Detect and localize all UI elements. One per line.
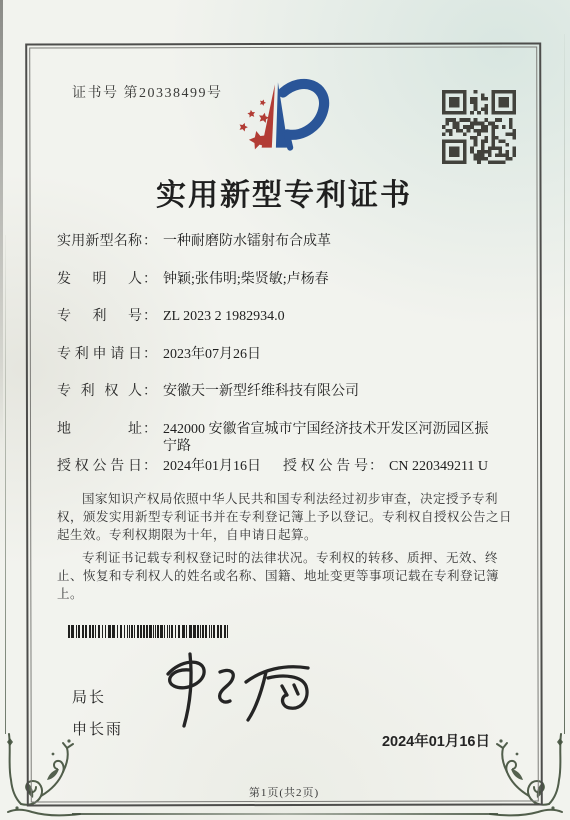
field-value: 242000 安徽省宣城市宁国经济技术开发区河沥园区振宁路 (163, 421, 499, 456)
fields-section: 实用新型名称：一种耐磨防水镭射布合成革 发明人：钟颖;张伟明;柴贤敏;卢杨春 专… (57, 233, 499, 496)
certificate-title: 实用新型专利证书 (26, 170, 542, 214)
field-label: 授权公告号 (283, 458, 368, 475)
issue-date: 2024年01月16日 (352, 730, 490, 751)
field-value: 2024年01月16日 (163, 459, 261, 474)
signer-name: 申长雨 (72, 718, 123, 739)
field-colon: ： (369, 458, 383, 475)
certificate-page: 证书号 第20338499号 实用新型专利证书 实用新型名称：一种耐磨防水镭射布… (0, 0, 570, 820)
field-label: 专利权人 (57, 383, 142, 400)
field-pair-grant-no: 授权公告号：CN 220349211 U (283, 458, 488, 475)
field-value: ZL 2023 2 1982934.0 (163, 309, 285, 324)
field-colon: ： (143, 383, 157, 400)
legal-text-section: 国家知识产权局依照中华人民共和国专利法经过初步审查，决定授予专利权，颁发实用新型… (57, 490, 519, 608)
certificate-number: 证书号 第20338499号 (72, 82, 223, 102)
border-edge-left (5, 235, 6, 734)
field-colon: ： (143, 458, 157, 475)
cnipa-emblem-icon (230, 74, 332, 162)
field-row-patent-no: 专利号：ZL 2023 2 1982934.0 (57, 308, 499, 325)
field-colon: ： (143, 271, 157, 288)
field-value: 2023年07月26日 (163, 347, 261, 362)
field-label: 发明人 (57, 271, 142, 288)
field-row-grant: 授权公告日：2024年01月16日 授权公告号：CN 220349211 U (57, 458, 499, 475)
field-row-patentee: 专利权人：安徽天一新型纤维科技有限公司 (57, 383, 499, 400)
field-colon: ： (143, 346, 157, 363)
field-row-address: 地址：242000 安徽省宣城市宁国经济技术开发区河沥园区振宁路 (57, 421, 499, 438)
field-label: 授权公告日 (57, 458, 142, 475)
legal-paragraph: 专利证书记载专利权登记时的法律状况。专利权的转移、质押、无效、终止、恢复和专利权… (57, 549, 519, 603)
field-label: 地址 (57, 421, 142, 438)
field-value: 钟颖;张伟明;柴贤敏;卢杨春 (163, 272, 329, 287)
field-row-filing-date: 专利申请日：2023年07月26日 (57, 346, 499, 363)
signer-block: 局长 申长雨 (72, 686, 123, 750)
field-row-name: 实用新型名称：一种耐磨防水镭射布合成革 (57, 233, 499, 250)
border-edge-right (564, 34, 565, 734)
field-row-inventors: 发明人：钟颖;张伟明;柴贤敏;卢杨春 (57, 271, 499, 288)
field-colon: ： (143, 233, 157, 250)
field-label: 专利申请日 (57, 346, 142, 363)
handwritten-signature (150, 648, 320, 732)
field-colon: ： (143, 308, 157, 325)
legal-paragraph: 国家知识产权局依照中华人民共和国专利法经过初步审查，决定授予专利权，颁发实用新型… (57, 490, 519, 544)
field-label: 专利号 (57, 308, 142, 325)
scan-edge-shadow (0, 0, 3, 445)
field-value: 安徽天一新型纤维科技有限公司 (163, 384, 359, 399)
signer-title: 局长 (72, 686, 123, 707)
qr-code (442, 90, 516, 164)
page-number: 第1页(共2页) (26, 784, 542, 800)
barcode (68, 625, 231, 638)
field-value: 一种耐磨防水镭射布合成革 (163, 234, 331, 249)
field-value: CN 220349211 U (389, 459, 488, 474)
border-edge-bottom (72, 813, 498, 815)
field-colon: ： (143, 421, 157, 438)
field-label: 实用新型名称 (57, 233, 142, 250)
